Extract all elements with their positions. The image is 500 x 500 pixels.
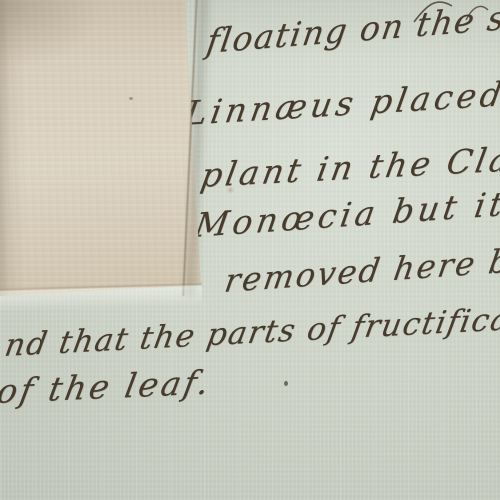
handwriting-line: plant in the Claſs [198, 137, 500, 195]
overlapping-blank-sheet [0, 0, 201, 296]
foxing-spot [228, 188, 233, 192]
handwriting-line: Linnæus placed the [182, 69, 500, 133]
handwriting-line: nd that the parts of fructificati [2, 300, 500, 364]
handwriting-line: floating on the surf [204, 0, 500, 61]
ink-speck [129, 97, 133, 100]
handwriting-line: removed here by Dr J [222, 234, 500, 300]
ink-speck [284, 381, 288, 386]
cut-off-stroke-top [408, 0, 498, 24]
sheet-left-shading [0, 0, 201, 296]
manuscript-photo: floating on the surf Linnæus placed the … [0, 0, 500, 500]
handwriting-line: of the leaf. [0, 362, 215, 411]
handwriting-line: Monœcia but it w [192, 180, 500, 245]
